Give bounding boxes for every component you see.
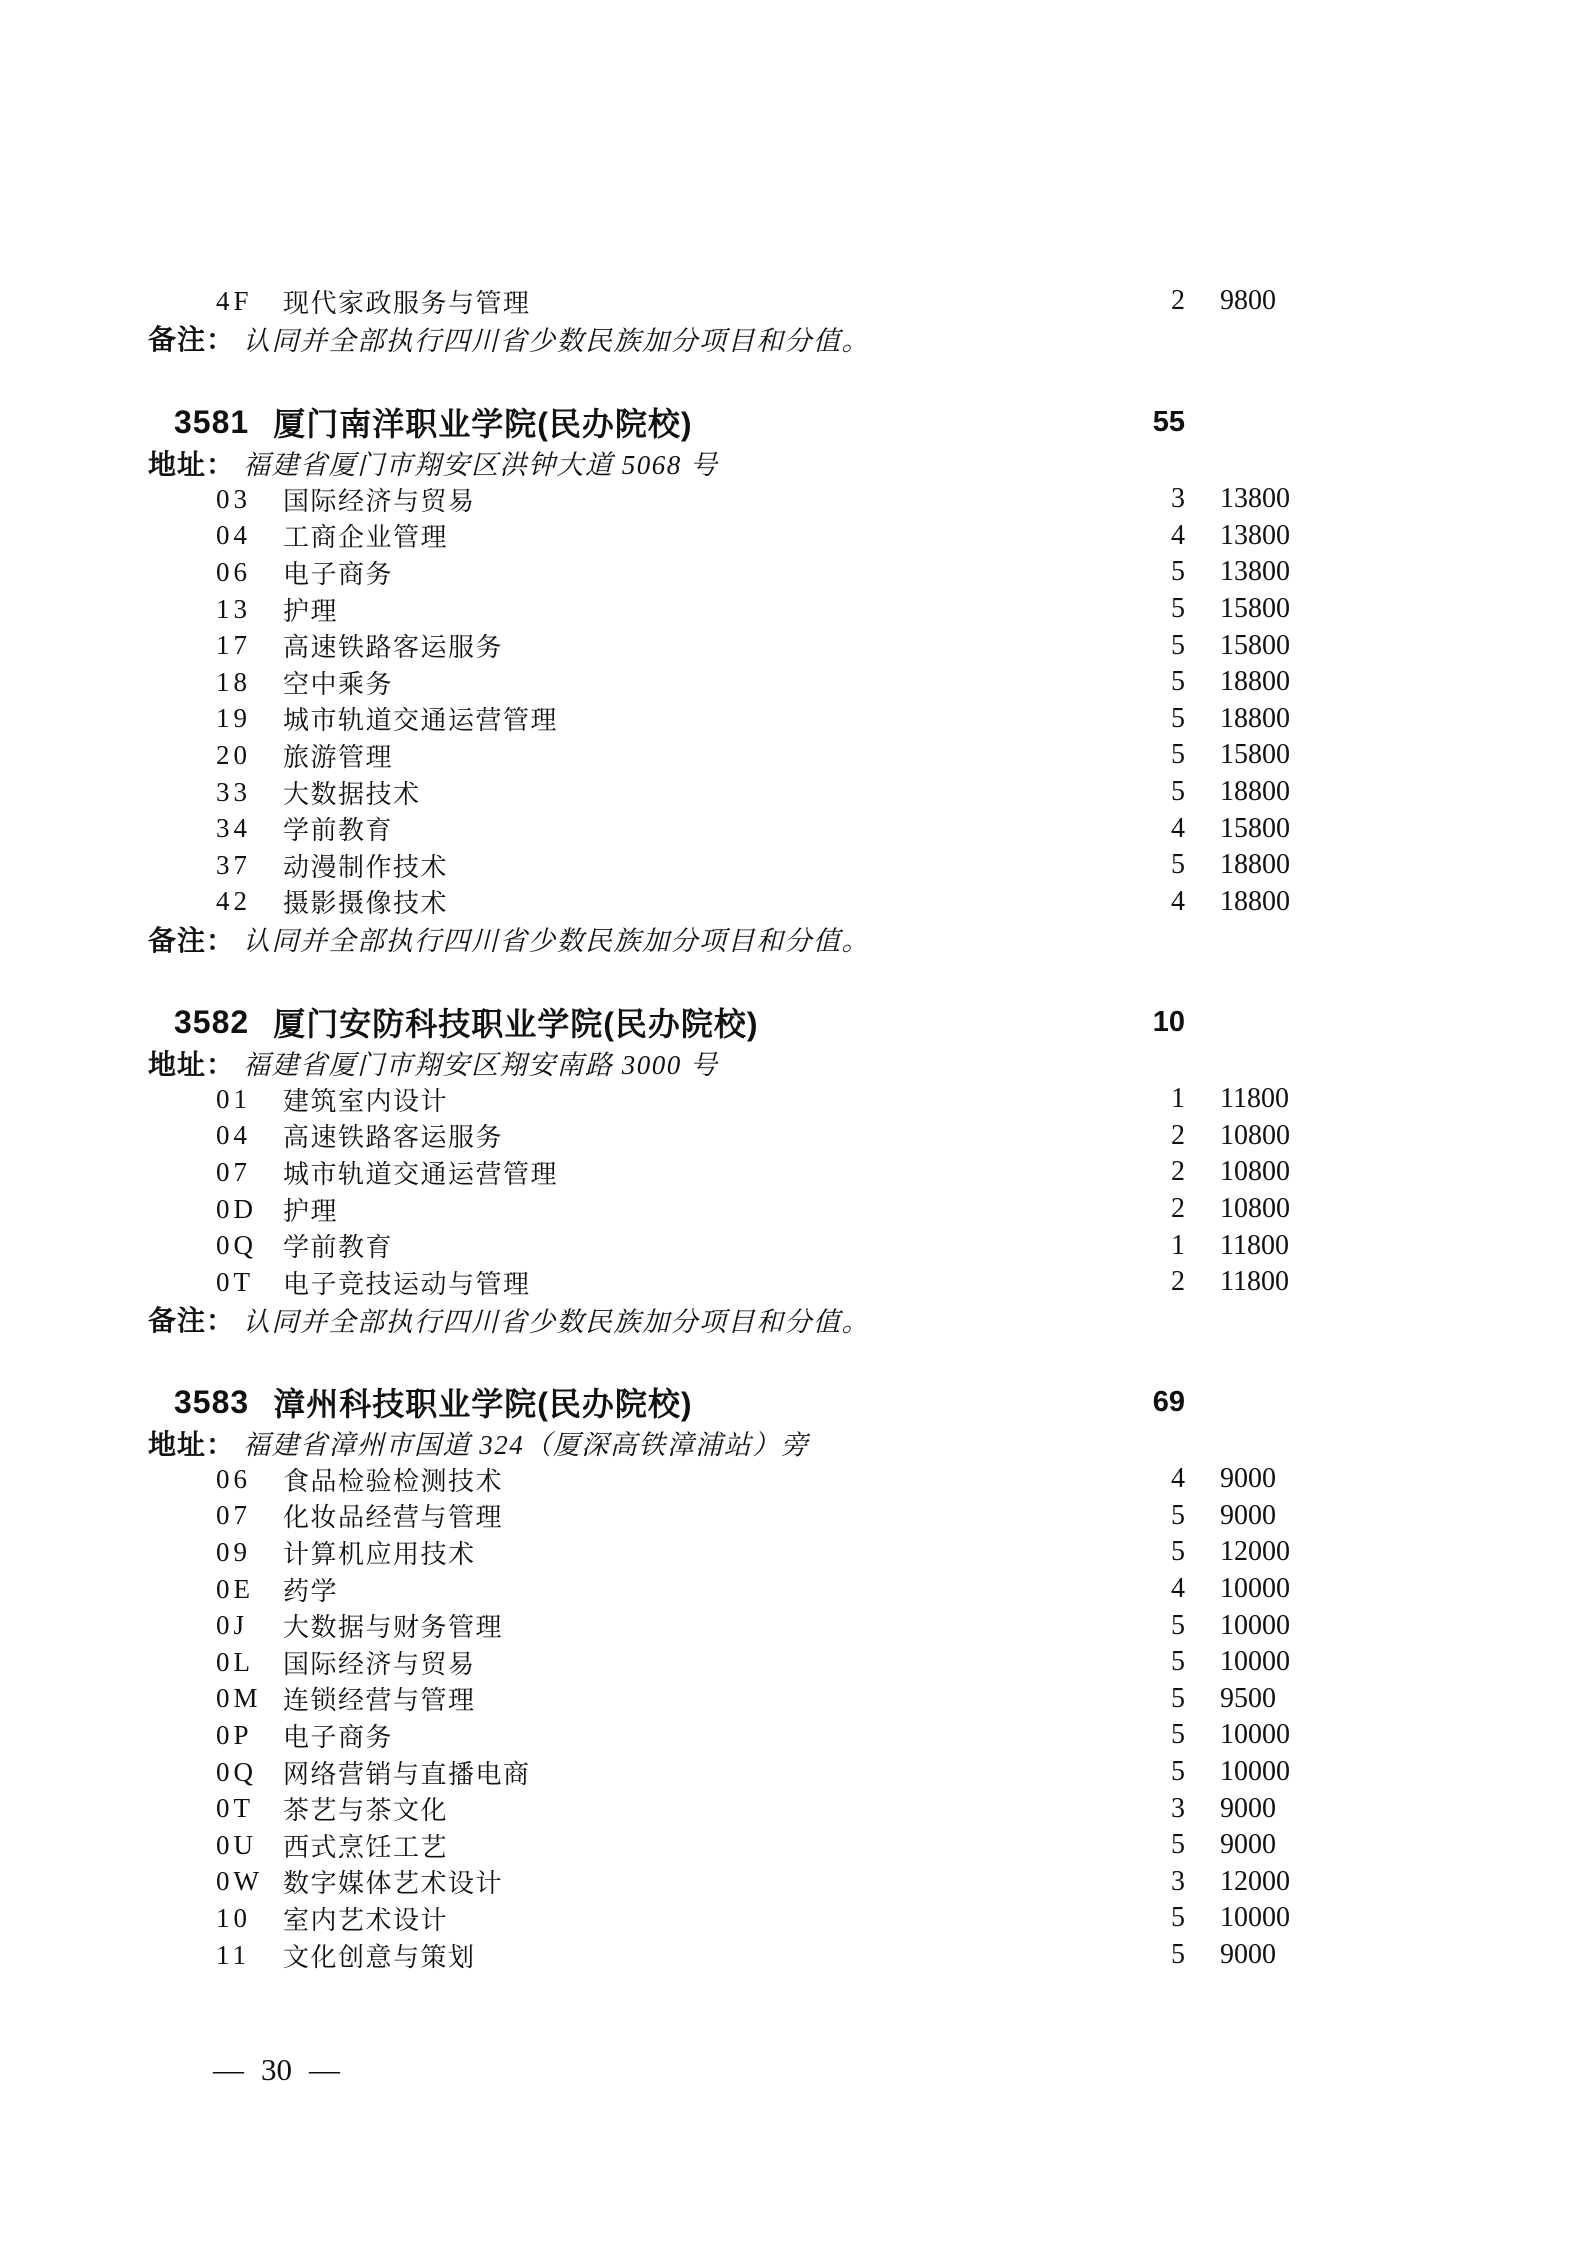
major-quota: 5 xyxy=(1115,1500,1185,1532)
major-name: 国际经济与贸易 xyxy=(283,481,1115,518)
major-row: 03 国际经济与贸易 3 13800 xyxy=(148,481,1388,518)
major-code: 0J xyxy=(216,1610,266,1641)
major-name: 化妆品经营与管理 xyxy=(283,1497,1115,1534)
major-code: 0E xyxy=(216,1574,266,1605)
major-name: 建筑室内设计 xyxy=(283,1081,1115,1118)
major-row: 01 建筑室内设计 1 11800 xyxy=(148,1081,1388,1118)
major-quota: 2 xyxy=(1115,285,1185,317)
major-row: 0J 大数据与财务管理 5 10000 xyxy=(148,1607,1388,1644)
section-header: 3581 厦门南洋职业学院(民办院校) 55 xyxy=(148,400,1388,444)
major-quota: 5 xyxy=(1115,703,1185,735)
major-fee: 10000 xyxy=(1220,1610,1388,1642)
major-row: 0Q 网络营销与直播电商 5 10000 xyxy=(148,1754,1388,1791)
major-quota: 3 xyxy=(1115,1866,1185,1898)
major-row: 18 空中乘务 5 18800 xyxy=(148,664,1388,701)
major-fee: 18800 xyxy=(1220,886,1388,918)
dash-right: — xyxy=(309,2052,340,2088)
major-row: 0L 国际经济与贸易 5 10000 xyxy=(148,1644,1388,1681)
major-name: 城市轨道交通运营管理 xyxy=(283,1154,1115,1191)
major-quota: 2 xyxy=(1115,1266,1185,1298)
major-code: 04 xyxy=(216,1120,266,1151)
major-quota: 3 xyxy=(1115,483,1185,515)
major-rows: 01 建筑室内设计 1 11800 04 高速铁路客运服务 2 10800 07… xyxy=(148,1081,1388,1301)
major-row: 0W 数字媒体艺术设计 3 12000 xyxy=(148,1864,1388,1901)
major-code: 37 xyxy=(216,850,266,881)
major-quota: 3 xyxy=(1115,1793,1185,1825)
major-name: 学前教育 xyxy=(283,1227,1115,1264)
major-rows: 03 国际经济与贸易 3 13800 04 工商企业管理 4 13800 06 … xyxy=(148,481,1388,920)
major-code: 19 xyxy=(216,703,266,734)
major-name: 高速铁路客运服务 xyxy=(283,1117,1115,1154)
note-label: 备注： xyxy=(148,318,235,358)
page-footer: — 30 — xyxy=(213,2050,340,2090)
major-row: 11 文化创意与策划 5 9000 xyxy=(148,1937,1388,1974)
major-name: 食品检验检测技术 xyxy=(283,1461,1115,1498)
major-name: 计算机应用技术 xyxy=(283,1534,1115,1571)
major-fee: 11800 xyxy=(1220,1230,1388,1262)
major-quota: 5 xyxy=(1115,1536,1185,1568)
note-text: 认同并全部执行四川省少数民族加分项目和分值。 xyxy=(243,919,870,958)
major-fee: 9000 xyxy=(1220,1793,1388,1825)
major-name: 高速铁路客运服务 xyxy=(283,627,1115,664)
major-row: 0T 茶艺与茶文化 3 9000 xyxy=(148,1790,1388,1827)
major-name: 网络营销与直播电商 xyxy=(283,1754,1115,1791)
major-code: 07 xyxy=(216,1500,266,1531)
major-name: 大数据与财务管理 xyxy=(283,1607,1115,1644)
major-code: 01 xyxy=(216,1084,266,1115)
address-line: 地址： 福建省厦门市翔安区洪钟大道 5068 号 xyxy=(148,444,1388,481)
major-code: 0P xyxy=(216,1720,266,1751)
address-value: 福建省漳州市国道 324（厦深高铁漳浦站）旁 xyxy=(243,1423,809,1462)
major-code: 0L xyxy=(216,1647,266,1678)
major-fee: 9800 xyxy=(1220,285,1388,317)
major-name: 空中乘务 xyxy=(283,664,1115,701)
major-name: 护理 xyxy=(283,1191,1115,1228)
major-quota: 2 xyxy=(1115,1193,1185,1225)
major-fee: 12000 xyxy=(1220,1866,1388,1898)
major-code: 0Q xyxy=(216,1757,266,1788)
major-code: 0T xyxy=(216,1793,266,1824)
document-page: 4F 现代家政服务与管理 2 9800 备注： 认同并全部执行四川省少数民族加分… xyxy=(0,0,1587,2245)
major-row: 07 城市轨道交通运营管理 2 10800 xyxy=(148,1154,1388,1191)
major-fee: 10000 xyxy=(1220,1719,1388,1751)
major-code: 03 xyxy=(216,484,266,515)
major-fee: 10800 xyxy=(1220,1193,1388,1225)
major-fee: 18800 xyxy=(1220,776,1388,808)
major-rows: 06 食品检验检测技术 4 9000 07 化妆品经营与管理 5 9000 09… xyxy=(148,1461,1388,1973)
school-section: 3581 厦门南洋职业学院(民办院校) 55 地址： 福建省厦门市翔安区洪钟大道… xyxy=(148,400,1388,957)
major-code: 13 xyxy=(216,594,266,625)
major-code: 17 xyxy=(216,630,266,661)
major-name: 药学 xyxy=(283,1571,1115,1608)
address-label: 地址： xyxy=(148,443,235,483)
major-code: 0W xyxy=(216,1866,266,1897)
major-row: 06 电子商务 5 13800 xyxy=(148,554,1388,591)
major-fee: 12000 xyxy=(1220,1536,1388,1568)
major-quota: 5 xyxy=(1115,666,1185,698)
major-code: 06 xyxy=(216,557,266,588)
major-quota: 5 xyxy=(1115,1683,1185,1715)
major-name: 工商企业管理 xyxy=(283,517,1115,554)
major-code: 11 xyxy=(216,1940,266,1971)
address-label: 地址： xyxy=(148,1423,235,1463)
section-total: 69 xyxy=(1095,1386,1185,1419)
note-text: 认同并全部执行四川省少数民族加分项目和分值。 xyxy=(243,319,870,358)
major-code: 09 xyxy=(216,1537,266,1568)
section-total: 55 xyxy=(1095,406,1185,439)
major-row: 34 学前教育 4 15800 xyxy=(148,810,1388,847)
note-label: 备注： xyxy=(148,1299,235,1339)
major-code: 04 xyxy=(216,520,266,551)
major-row: 04 工商企业管理 4 13800 xyxy=(148,518,1388,555)
major-row: 19 城市轨道交通运营管理 5 18800 xyxy=(148,701,1388,738)
major-fee: 10000 xyxy=(1220,1756,1388,1788)
major-fee: 10000 xyxy=(1220,1902,1388,1934)
major-row: 33 大数据技术 5 18800 xyxy=(148,774,1388,811)
major-quota: 4 xyxy=(1115,886,1185,918)
major-fee: 15800 xyxy=(1220,593,1388,625)
major-code: 0Q xyxy=(216,1230,266,1261)
address-value: 福建省厦门市翔安区洪钟大道 5068 号 xyxy=(243,443,719,482)
major-quota: 5 xyxy=(1115,630,1185,662)
major-fee: 10000 xyxy=(1220,1573,1388,1605)
major-row: 0P 电子商务 5 10000 xyxy=(148,1717,1388,1754)
major-code: 20 xyxy=(216,740,266,771)
major-name: 室内艺术设计 xyxy=(283,1900,1115,1937)
major-row: 0T 电子竞技运动与管理 2 11800 xyxy=(148,1264,1388,1301)
major-row: 0E 药学 4 10000 xyxy=(148,1571,1388,1608)
major-name: 学前教育 xyxy=(283,810,1115,847)
major-row: 37 动漫制作技术 5 18800 xyxy=(148,847,1388,884)
major-fee: 9000 xyxy=(1220,1500,1388,1532)
major-quota: 1 xyxy=(1115,1083,1185,1115)
school-name: 厦门南洋职业学院(民办院校) xyxy=(273,399,1095,445)
major-row: 20 旅游管理 5 15800 xyxy=(148,737,1388,774)
major-quota: 4 xyxy=(1115,813,1185,845)
address-label: 地址： xyxy=(148,1043,235,1083)
major-code: 34 xyxy=(216,813,266,844)
major-name: 护理 xyxy=(283,591,1115,628)
major-fee: 15800 xyxy=(1220,739,1388,771)
major-name: 连锁经营与管理 xyxy=(283,1680,1115,1717)
major-fee: 13800 xyxy=(1220,483,1388,515)
major-name: 电子商务 xyxy=(283,1717,1115,1754)
major-name: 茶艺与茶文化 xyxy=(283,1790,1115,1827)
major-row: 0D 护理 2 10800 xyxy=(148,1191,1388,1228)
major-code: 33 xyxy=(216,777,266,808)
note-line: 备注： 认同并全部执行四川省少数民族加分项目和分值。 xyxy=(148,920,1388,957)
school-code: 3583 xyxy=(174,1384,249,1421)
major-quota: 5 xyxy=(1115,1902,1185,1934)
major-code: 0U xyxy=(216,1830,266,1861)
major-code: 42 xyxy=(216,886,266,917)
major-code: 0T xyxy=(216,1267,266,1298)
major-name: 动漫制作技术 xyxy=(283,847,1115,884)
major-name: 西式烹饪工艺 xyxy=(283,1827,1115,1864)
section-header: 3582 厦门安防科技职业学院(民办院校) 10 xyxy=(148,1000,1388,1044)
major-row: 0M 连锁经营与管理 5 9500 xyxy=(148,1681,1388,1718)
major-quota: 1 xyxy=(1115,1230,1185,1262)
note-text: 认同并全部执行四川省少数民族加分项目和分值。 xyxy=(243,1300,870,1339)
school-section: 3582 厦门安防科技职业学院(民办院校) 10 地址： 福建省厦门市翔安区翔安… xyxy=(148,1000,1388,1338)
major-quota: 5 xyxy=(1115,1646,1185,1678)
major-quota: 5 xyxy=(1115,1610,1185,1642)
major-quota: 5 xyxy=(1115,1719,1185,1751)
major-fee: 18800 xyxy=(1220,666,1388,698)
address-line: 地址： 福建省漳州市国道 324（厦深高铁漳浦站）旁 xyxy=(148,1424,1388,1461)
page-number: 30 xyxy=(261,2052,292,2088)
school-code: 3581 xyxy=(174,404,249,441)
major-row: 13 护理 5 15800 xyxy=(148,591,1388,628)
major-name: 电子竞技运动与管理 xyxy=(283,1264,1115,1301)
major-row: 42 摄影摄像技术 4 18800 xyxy=(148,884,1388,921)
major-row: 0U 西式烹饪工艺 5 9000 xyxy=(148,1827,1388,1864)
major-name: 国际经济与贸易 xyxy=(283,1644,1115,1681)
major-code: 0M xyxy=(216,1683,266,1714)
major-quota: 4 xyxy=(1115,520,1185,552)
major-quota: 2 xyxy=(1115,1156,1185,1188)
major-code: 4F xyxy=(216,286,266,317)
major-fee: 13800 xyxy=(1220,520,1388,552)
major-quota: 5 xyxy=(1115,1829,1185,1861)
major-fee: 9500 xyxy=(1220,1683,1388,1715)
major-name: 摄影摄像技术 xyxy=(283,883,1115,920)
major-quota: 5 xyxy=(1115,776,1185,808)
major-code: 0D xyxy=(216,1194,266,1225)
major-quota: 5 xyxy=(1115,1756,1185,1788)
major-quota: 5 xyxy=(1115,1939,1185,1971)
major-row: 06 食品检验检测技术 4 9000 xyxy=(148,1461,1388,1498)
major-quota: 5 xyxy=(1115,593,1185,625)
major-quota: 5 xyxy=(1115,739,1185,771)
note-label: 备注： xyxy=(148,919,235,959)
section-total: 10 xyxy=(1095,1006,1185,1039)
major-code: 18 xyxy=(216,667,266,698)
major-row: 04 高速铁路客运服务 2 10800 xyxy=(148,1118,1388,1155)
major-fee: 10000 xyxy=(1220,1646,1388,1678)
school-section: 3583 漳州科技职业学院(民办院校) 69 地址： 福建省漳州市国道 324（… xyxy=(148,1380,1388,1973)
major-row: 09 计算机应用技术 5 12000 xyxy=(148,1534,1388,1571)
major-name: 大数据技术 xyxy=(283,774,1115,811)
major-row: 0Q 学前教育 1 11800 xyxy=(148,1227,1388,1264)
major-row: 4F 现代家政服务与管理 2 9800 xyxy=(148,283,1388,320)
major-quota: 2 xyxy=(1115,1120,1185,1152)
major-code: 07 xyxy=(216,1157,266,1188)
major-fee: 11800 xyxy=(1220,1083,1388,1115)
address-line: 地址： 福建省厦门市翔安区翔安南路 3000 号 xyxy=(148,1044,1388,1081)
major-fee: 15800 xyxy=(1220,813,1388,845)
major-quota: 5 xyxy=(1115,849,1185,881)
major-fee: 15800 xyxy=(1220,630,1388,662)
major-fee: 10800 xyxy=(1220,1156,1388,1188)
school-name: 漳州科技职业学院(民办院校) xyxy=(273,1379,1095,1425)
address-value: 福建省厦门市翔安区翔安南路 3000 号 xyxy=(243,1043,719,1082)
major-row: 07 化妆品经营与管理 5 9000 xyxy=(148,1498,1388,1535)
major-fee: 9000 xyxy=(1220,1829,1388,1861)
major-code: 10 xyxy=(216,1903,266,1934)
major-fee: 9000 xyxy=(1220,1463,1388,1495)
major-code: 06 xyxy=(216,1464,266,1495)
major-name: 旅游管理 xyxy=(283,737,1115,774)
major-quota: 5 xyxy=(1115,556,1185,588)
major-fee: 10800 xyxy=(1220,1120,1388,1152)
major-name: 现代家政服务与管理 xyxy=(283,283,1115,320)
major-quota: 4 xyxy=(1115,1573,1185,1605)
major-name: 城市轨道交通运营管理 xyxy=(283,700,1115,737)
note-line: 备注： 认同并全部执行四川省少数民族加分项目和分值。 xyxy=(148,320,1388,357)
leading-block: 4F 现代家政服务与管理 2 9800 备注： 认同并全部执行四川省少数民族加分… xyxy=(148,283,1388,357)
major-row: 10 室内艺术设计 5 10000 xyxy=(148,1900,1388,1937)
leading-rows: 4F 现代家政服务与管理 2 9800 xyxy=(148,283,1388,320)
major-name: 电子商务 xyxy=(283,554,1115,591)
dash-left: — xyxy=(213,2052,244,2088)
major-fee: 18800 xyxy=(1220,849,1388,881)
major-fee: 11800 xyxy=(1220,1266,1388,1298)
major-fee: 13800 xyxy=(1220,556,1388,588)
section-header: 3583 漳州科技职业学院(民办院校) 69 xyxy=(148,1380,1388,1424)
school-code: 3582 xyxy=(174,1004,249,1041)
note-line: 备注： 认同并全部执行四川省少数民族加分项目和分值。 xyxy=(148,1301,1388,1338)
major-name: 数字媒体艺术设计 xyxy=(283,1863,1115,1900)
major-name: 文化创意与策划 xyxy=(283,1937,1115,1974)
major-fee: 18800 xyxy=(1220,703,1388,735)
major-row: 17 高速铁路客运服务 5 15800 xyxy=(148,627,1388,664)
major-quota: 4 xyxy=(1115,1463,1185,1495)
major-fee: 9000 xyxy=(1220,1939,1388,1971)
school-name: 厦门安防科技职业学院(民办院校) xyxy=(273,999,1095,1045)
